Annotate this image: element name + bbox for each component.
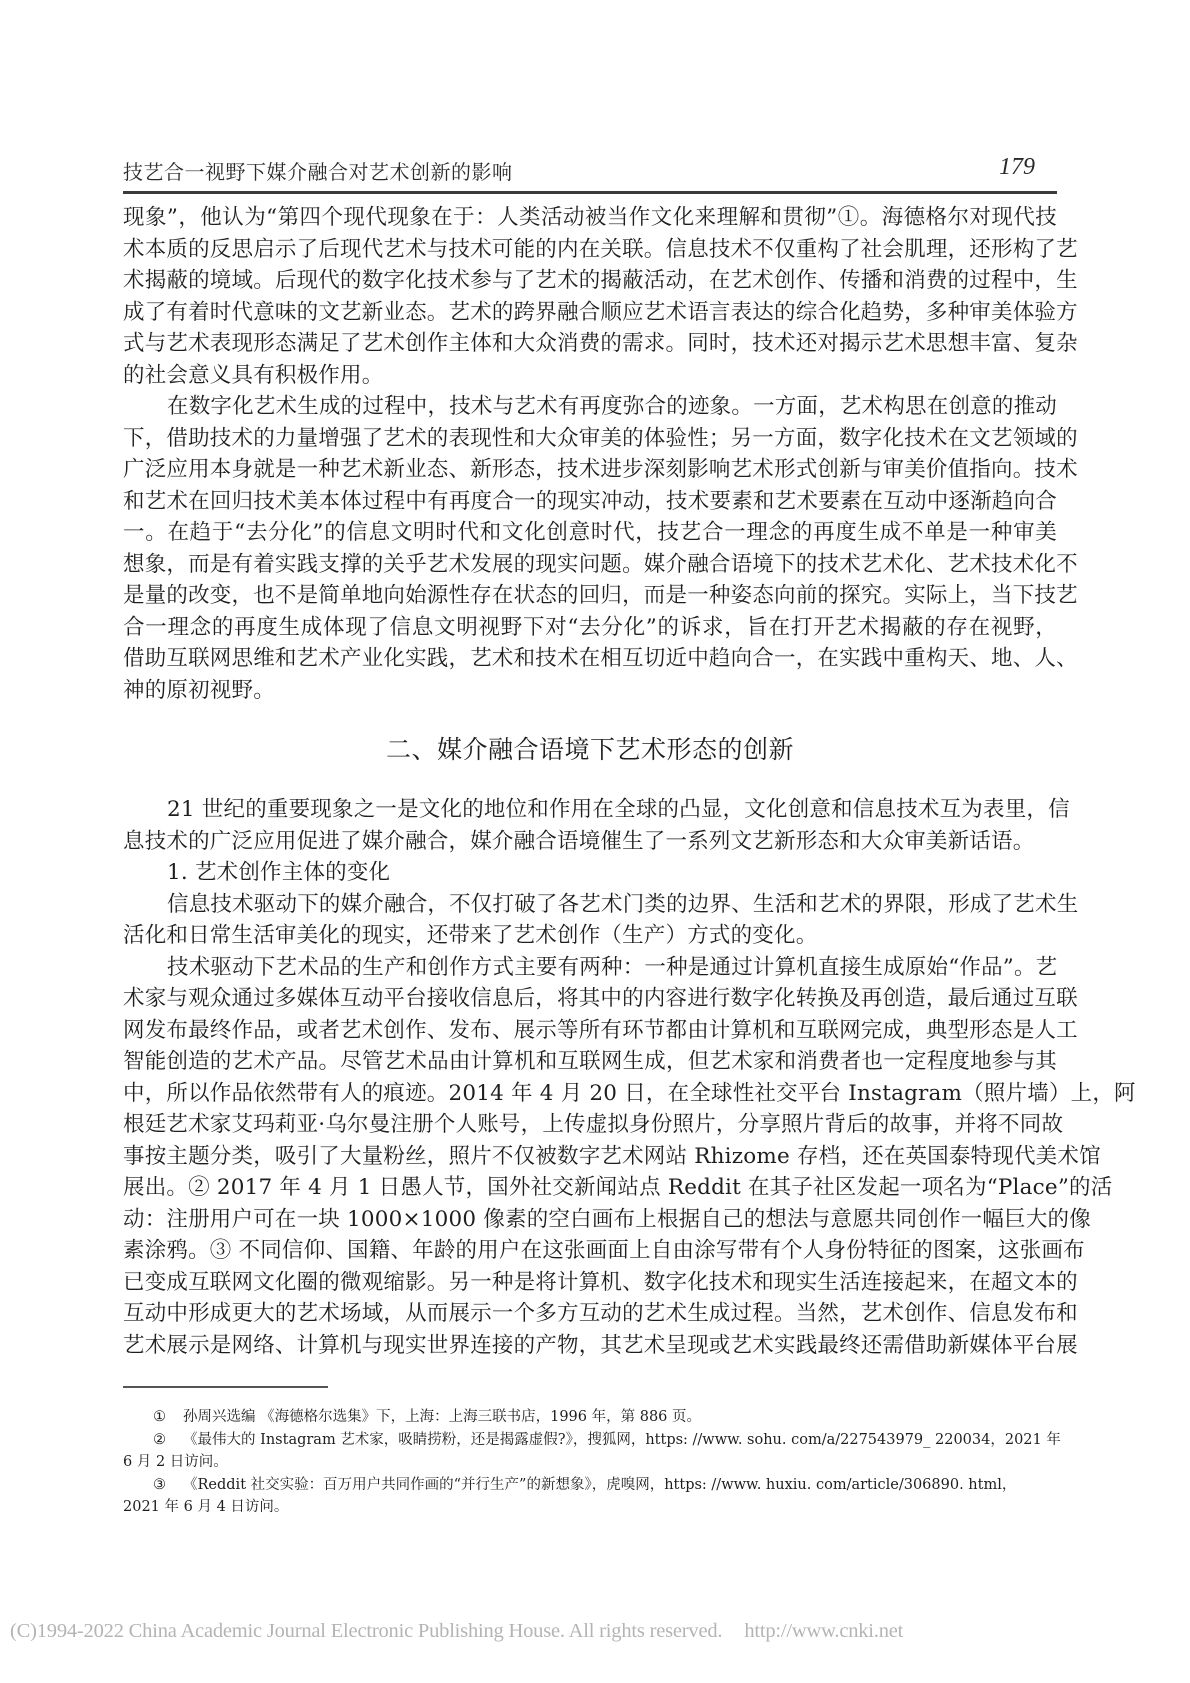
footnote-text: 孙周兴选编 《海德格尔选集》下，上海：上海三联书店，1996 年，第 886 页… (183, 1409, 701, 1425)
section-heading: 二、媒介融合语境下艺术形态的创新 (123, 706, 1057, 794)
footnote-1: ①孙周兴选编 《海德格尔选集》下，上海：上海三联书店，1996 年，第 886 … (123, 1406, 1057, 1429)
text-line: 广泛应用本身就是一种艺术新业态、新形态，技术进步深刻影响艺术形式创新与审美价值指… (123, 454, 1057, 486)
cnki-link[interactable]: http://www.cnki.net (744, 1620, 903, 1642)
footnote-3-cont: 2021 年 6 月 4 日访问。 (123, 1496, 1057, 1519)
text-line: 在数字化艺术生成的过程中，技术与艺术有再度弥合的迹象。一方面，艺术构思在创意的推… (123, 391, 1057, 423)
footnote-rule (123, 1386, 328, 1388)
text-line: 借助互联网思维和艺术产业化实践，艺术和技术在相互切近中趋向合一，在实践中重构天、… (123, 643, 1057, 675)
copyright-text: (C)1994-2022 China Academic Journal Elec… (10, 1620, 722, 1642)
footnote-2: ②《最伟大的 Instagram 艺术家，吸睛捞粉，还是揭露虚假?》，搜狐网，h… (123, 1429, 1057, 1452)
text-line: 展出。② 2017 年 4 月 1 日愚人节，国外社交新闻站点 Reddit 在… (123, 1172, 1057, 1204)
paragraph-3: 21 世纪的重要现象之一是文化的地位和作用在全球的凸显，文化创意和信息技术互为表… (123, 794, 1057, 857)
text-line: 成了有着时代意味的文艺新业态。艺术的跨界融合顺应艺术语言表达的综合化趋势，多种审… (123, 297, 1057, 329)
footnotes: ①孙周兴选编 《海德格尔选集》下，上海：上海三联书店，1996 年，第 886 … (123, 1406, 1057, 1519)
text-line: 根廷艺术家艾玛莉亚·乌尔曼注册个人账号，上传虚拟身份照片，分享照片背后的故事，并… (123, 1109, 1057, 1141)
article-body: 现象”，他认为“第四个现代现象在于：人类活动被当作文化来理解和贯彻”①。海德格尔… (123, 202, 1057, 1361)
text-line: 一。在趋于“去分化”的信息文明时代和文化创意时代，技艺合一理念的再度生成不单是一… (123, 517, 1057, 549)
text-line: 神的原初视野。 (123, 675, 1057, 707)
text-line: 技术驱动下艺术品的生产和创作方式主要有两种：一种是通过计算机直接生成原始“作品”… (123, 952, 1057, 984)
footnote-2-cont: 6 月 2 日访问。 (123, 1451, 1057, 1474)
paragraph-5: 技术驱动下艺术品的生产和创作方式主要有两种：一种是通过计算机直接生成原始“作品”… (123, 952, 1057, 1362)
header-rule (123, 191, 1057, 194)
text-line: 合一理念的再度生成体现了信息文明视野下对“去分化”的诉求，旨在打开艺术揭蔽的存在… (123, 612, 1057, 644)
text-line: 事按主题分类，吸引了大量粉丝，照片不仅被数字艺术网站 Rhizome 存档，还在… (123, 1141, 1057, 1173)
text-line: 信息技术驱动下的媒介融合，不仅打破了各艺术门类的边界、生活和艺术的界限，形成了艺… (123, 889, 1057, 921)
text-line: 下，借助技术的力量增强了艺术的表现性和大众审美的体验性；另一方面，数字化技术在文… (123, 423, 1057, 455)
text-line: 网发布最终作品，或者艺术创作、发布、展示等所有环节都由计算机和互联网完成，典型形… (123, 1015, 1057, 1047)
text-line: 式与艺术表现形态满足了艺术创作主体和大众消费的需求。同时，技术还对揭示艺术思想丰… (123, 328, 1057, 360)
text-line: 和艺术在回归技术美本体过程中有再度合一的现实冲动，技术要素和艺术要素在互动中逐渐… (123, 486, 1057, 518)
footnote-mark: ① (153, 1406, 183, 1429)
paragraph-1: 现象”，他认为“第四个现代现象在于：人类活动被当作文化来理解和贯彻”①。海德格尔… (123, 202, 1057, 391)
text-line: 动：注册用户可在一块 1000×1000 像素的空白画布上根据自己的想法与意愿共… (123, 1204, 1057, 1236)
journal-page: 技艺合一视野下媒介融合对艺术创新的影响 179 现象”，他认为“第四个现代现象在… (0, 0, 1190, 1683)
running-header: 技艺合一视野下媒介融合对艺术创新的影响 179 (123, 158, 1057, 190)
footnote-text: 《最伟大的 Instagram 艺术家，吸睛捞粉，还是揭露虚假?》，搜狐网，ht… (183, 1432, 1061, 1448)
subheading: 1. 艺术创作主体的变化 (123, 857, 1057, 889)
footnote-mark: ② (153, 1429, 183, 1452)
text-line: 中，所以作品依然带有人的痕迹。2014 年 4 月 20 日，在全球性社交平台 … (123, 1078, 1057, 1110)
footnote-mark: ③ (153, 1474, 183, 1497)
text-line: 互动中形成更大的艺术场域，从而展示一个多方互动的艺术生成过程。当然，艺术创作、信… (123, 1298, 1057, 1330)
text-line: 术本质的反思启示了后现代艺术与技术可能的内在关联。信息技术不仅重构了社会肌理，还… (123, 234, 1057, 266)
footnote-3: ③《Reddit 社交实验：百万用户共同作画的“并行生产”的新想象》，虎嗅网，h… (123, 1474, 1057, 1497)
text-line: 现象”，他认为“第四个现代现象在于：人类活动被当作文化来理解和贯彻”①。海德格尔… (123, 202, 1057, 234)
text-line: 是量的改变，也不是简单地向始源性存在状态的回归，而是一种姿态向前的探究。实际上，… (123, 580, 1057, 612)
text-line: 息技术的广泛应用促进了媒介融合，媒介融合语境催生了一系列文艺新形态和大众审美新话… (123, 826, 1057, 858)
text-line: 智能创造的艺术产品。尽管艺术品由计算机和互联网生成，但艺术家和消费者也一定程度地… (123, 1046, 1057, 1078)
text-line: 术家与观众通过多媒体互动平台接收信息后，将其中的内容进行数字化转换及再创造，最后… (123, 983, 1057, 1015)
text-line: 想象，而是有着实践支撑的关乎艺术发展的现实问题。媒介融合语境下的技术艺术化、艺术… (123, 549, 1057, 581)
copyright-watermark: (C)1994-2022 China Academic Journal Elec… (10, 1620, 903, 1643)
text-line: 艺术展示是网络、计算机与现实世界连接的产物，其艺术呈现或艺术实践最终还需借助新媒… (123, 1330, 1057, 1362)
text-line: 21 世纪的重要现象之一是文化的地位和作用在全球的凸显，文化创意和信息技术互为表… (123, 794, 1057, 826)
paragraph-4: 信息技术驱动下的媒介融合，不仅打破了各艺术门类的边界、生活和艺术的界限，形成了艺… (123, 889, 1057, 952)
text-line: 术揭蔽的境域。后现代的数字化技术参与了艺术的揭蔽活动，在艺术创作、传播和消费的过… (123, 265, 1057, 297)
text-line: 素涂鸦。③ 不同信仰、国籍、年龄的用户在这张画面上自由涂写带有个人身份特征的图案… (123, 1235, 1057, 1267)
text-line: 的社会意义具有积极作用。 (123, 360, 1057, 392)
text-line: 已变成互联网文化圈的微观缩影。另一种是将计算机、数字化技术和现实生活连接起来，在… (123, 1267, 1057, 1299)
page-number: 179 (999, 152, 1035, 182)
running-title: 技艺合一视野下媒介融合对艺术创新的影响 (123, 158, 513, 186)
paragraph-2: 在数字化艺术生成的过程中，技术与艺术有再度弥合的迹象。一方面，艺术构思在创意的推… (123, 391, 1057, 706)
text-line: 活化和日常生活审美化的现实，还带来了艺术创作（生产）方式的变化。 (123, 920, 1057, 952)
footnote-text: 《Reddit 社交实验：百万用户共同作画的“并行生产”的新想象》，虎嗅网，ht… (183, 1477, 1016, 1493)
